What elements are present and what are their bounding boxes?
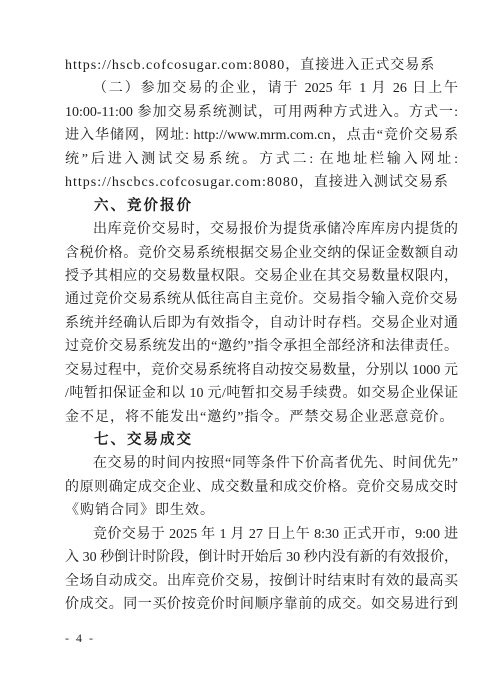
text-line: 价成交。同一买价按竞价时间顺序靠前的成交。如交易进行到: [65, 593, 458, 616]
text-line: 交易过程中，竞价交易系统将自动按交易数量，分别以 1000 元: [65, 359, 458, 382]
text-line: 入 30 秒倒计时阶段，倒计时开始后 30 秒内没有新的有效报价，: [65, 546, 458, 569]
document-text: https://hscb.cofcosugar.com:8080，直接进入正式交…: [65, 54, 458, 617]
text-line: 系统并经确认后即为有效指令，自动计时存档。交易企业对通: [65, 312, 458, 335]
text-line: 竞价交易于 2025 年 1 月 27 日上午 8:30 正式开市，9:00 进: [65, 523, 458, 546]
text-line: 过竞价交易系统发出的“邀约”指令承担全部经济和法律责任。: [65, 335, 458, 358]
text-line: /吨暂扣保证金和以 10 元/吨暂扣交易手续费。如交易企业保证: [65, 382, 458, 405]
page-number: - 4 -: [65, 631, 95, 646]
text-line: 授予其相应的交易数量权限。交易企业在其交易数量权限内，: [65, 265, 458, 288]
section-heading: 六、竞价报价: [65, 195, 458, 218]
text-line: 《购销合同》即生效。: [65, 499, 458, 522]
text-line: 进入华储网，网址: http://www.mrm.com.cn，点击“竞价交易系: [65, 124, 458, 147]
text-line: 通过竞价交易系统从低往高自主竞价。交易指令输入竞价交易: [65, 288, 458, 311]
text-line: 的原则确定成交企业、成交数量和成交价格。竞价交易成交时: [65, 476, 458, 499]
text-line: 出库竞价交易时，交易报价为提货承储冷库库房内提货的: [65, 218, 458, 241]
text-line: （二）参加交易的企业，请于 2025 年 1 月 26 日上午: [65, 77, 458, 100]
text-line: https://hscbcs.cofcosugar.com:8080，直接进入测…: [65, 171, 458, 194]
document-page: https://hscb.cofcosugar.com:8080，直接进入正式交…: [0, 0, 494, 700]
text-line: 含税价格。竞价交易系统根据交易企业交纳的保证金数额自动: [65, 242, 458, 265]
section-heading: 七、交易成交: [65, 429, 458, 452]
text-line: 金不足，将不能发出“邀约”指令。严禁交易企业恶意竞价。: [65, 406, 458, 429]
text-line: 10:00-11:00 参加交易系统测试，可用两种方式进入。方式一:: [65, 101, 458, 124]
text-line: https://hscb.cofcosugar.com:8080，直接进入正式交…: [65, 54, 458, 77]
text-line: 在交易的时间内按照“同等条件下价高者优先、时间优先”: [65, 452, 458, 475]
text-line: 全场自动成交。出库竞价交易，按倒计时结束时有效的最高买: [65, 570, 458, 593]
text-line: 统”后进入测试交易系统。方式二: 在地址栏输入网址:: [65, 148, 458, 171]
